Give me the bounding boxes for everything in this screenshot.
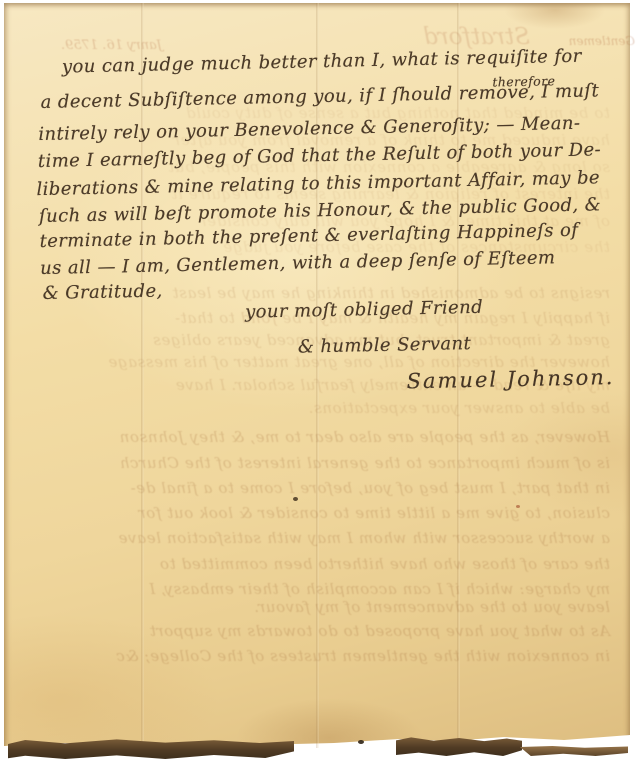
letter-line: your moſt obliged Friend (245, 297, 483, 323)
letter-line: a decent Subſiſtence among you, if I ſho… (40, 80, 599, 113)
signature: Samuel Johnson. (406, 365, 614, 393)
letter-line: & humble Servant (298, 333, 472, 358)
ink-speck (293, 497, 298, 501)
letter-line: you can judge much better than I, what i… (62, 46, 582, 78)
letter-line: intirely rely on your Benevolence & Gene… (38, 113, 580, 145)
ink-speck (358, 740, 364, 744)
letter-line: us all — I am, Gentlemen, with a deep ſe… (40, 247, 556, 279)
torn-bottom-edge (520, 746, 628, 756)
ink-speck (516, 505, 520, 508)
letter-line: & Gratitude, (42, 280, 162, 304)
manuscript-scan: to be minded that nothing but a sense of… (0, 0, 640, 769)
letter-body: you can judge much better than I, what i… (0, 0, 640, 769)
letter-line: time I earneſtly beg of God that the Reſ… (38, 139, 602, 172)
